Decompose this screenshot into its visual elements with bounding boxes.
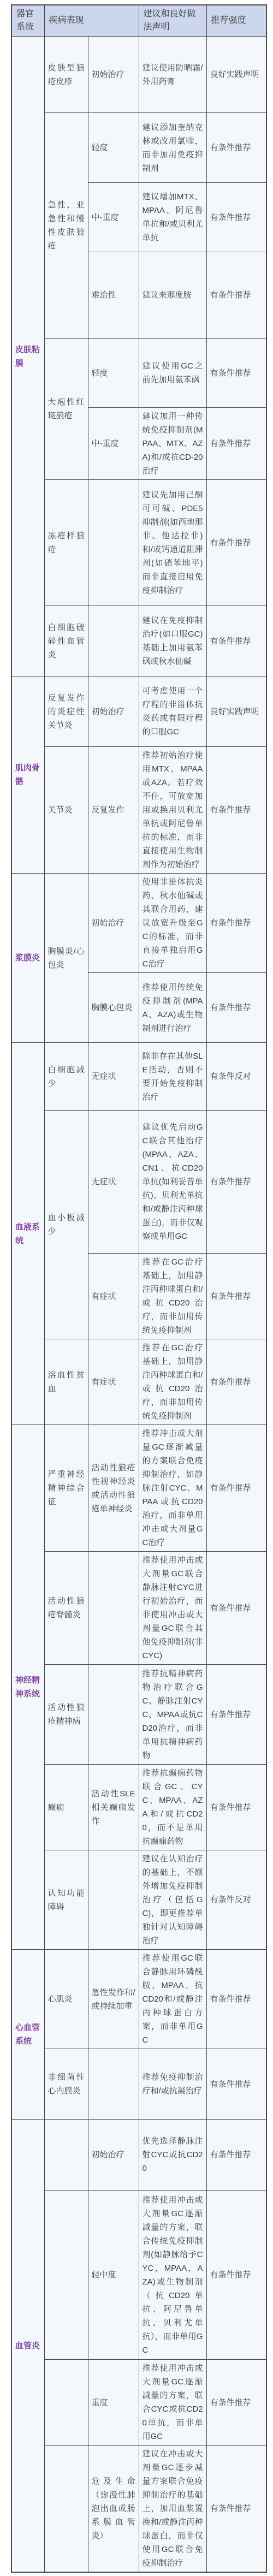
subtype-cell bbox=[88, 480, 139, 606]
disease-cell: 心肌炎 bbox=[44, 1950, 88, 2049]
subtype-cell: 重度 bbox=[88, 2360, 139, 2446]
subtype-cell: 初始治疗 bbox=[88, 37, 139, 113]
disease-cell: 癫痫 bbox=[44, 1765, 88, 1850]
recommendation-cell: 可考虑使用一个疗程的非甾体抗炎药或有限疗程的口服GC bbox=[139, 676, 206, 747]
subtype-cell: 初始治疗 bbox=[88, 2120, 139, 2191]
subtype-cell bbox=[88, 2049, 139, 2120]
disease-cell bbox=[44, 2120, 88, 2191]
disease-cell bbox=[44, 2360, 88, 2446]
recommendation-cell: 推荐使用GC联合静脉用环磷酰胺、MPAA、抗CD20和/或静注丙种球蛋白方案，而… bbox=[139, 1950, 206, 2049]
subtype-cell bbox=[88, 1665, 139, 1765]
disease-cell: 活动性狼疮精神病 bbox=[44, 1665, 88, 1765]
table-header: 器官系统疾病表现建议和良好做法声明推荐强度 bbox=[11, 5, 266, 37]
disease-cell: 皮肤型狼疮皮疹 bbox=[44, 37, 88, 113]
table-row: 肌肉骨骼反复发作的炎症性关节炎初始治疗可考虑使用一个疗程的非甾体抗炎药或有限疗程… bbox=[11, 676, 266, 747]
strength-cell: 良好实践声明 bbox=[206, 37, 266, 113]
subtype-cell: 轻度 bbox=[88, 113, 139, 183]
table-row: 血管炎初始治疗优先选择静脉注射CYC或抗CD20有条件推荐 bbox=[11, 2120, 266, 2191]
table-row: 非细菌性心内膜炎推荐免疫抑制治疗和/或抗凝治疗有条件推荐 bbox=[11, 2049, 266, 2120]
strength-cell: 有条件推荐 bbox=[206, 1339, 266, 1425]
strength-cell: 有条件推荐 bbox=[206, 2120, 266, 2191]
recommendation-cell: 推荐抗癫痫药物联合GC、CYC、MPAA、AZA和/或抗CD20，而不是单用抗癫… bbox=[139, 1765, 206, 1850]
organ-cell: 皮肤粘膜 bbox=[11, 37, 44, 676]
strength-cell: 有条件推荐 bbox=[206, 113, 266, 183]
organ-cell: 神经精神系统 bbox=[11, 1425, 44, 1950]
recommendation-cell: 推荐在GC治疗基础上，加用静注丙种球蛋白和/或抗CD20治疗，而非加用传统免疫抑… bbox=[139, 1339, 206, 1425]
strength-cell: 有条件推荐 bbox=[206, 1111, 266, 1254]
strength-cell: 有条件推荐 bbox=[206, 2360, 266, 2446]
disease-cell: 关节炎 bbox=[44, 747, 88, 874]
column-header: 推荐强度 bbox=[206, 5, 266, 37]
strength-cell: 有条件推荐 bbox=[206, 874, 266, 973]
strength-cell: 有条件推荐 bbox=[206, 408, 266, 480]
disease-cell: 急性、亚急性和慢性皮肤狼疮 bbox=[44, 113, 88, 339]
disease-cell: 严重神经精神综合征 bbox=[44, 1425, 88, 1552]
recommendation-cell: 推荐使用冲击或大剂量GC逐渐减量的方案，联合传统免疫抑制剂(如静脉给予CYC，M… bbox=[139, 2191, 206, 2360]
subtype-cell bbox=[88, 1552, 139, 1665]
strength-cell: 有条件推荐 bbox=[206, 2191, 266, 2360]
strength-cell: 良好实践声明 bbox=[206, 676, 266, 747]
table-row: 认知功能障碍建议在认知治疗的基础上，不额外增加免疫抑制治疗（包括GC)，即更推荐… bbox=[11, 1850, 266, 1950]
disease-cell: 冻疮样狼疮 bbox=[44, 480, 88, 606]
strength-cell: 有条件推荐 bbox=[206, 480, 266, 606]
recommendation-cell: 使用非甾体抗炎药、秋水仙碱或其联合用药，建议放宽升级至GC的标准，而非直接单独启… bbox=[139, 874, 206, 973]
subtype-cell: 无症状 bbox=[88, 1043, 139, 1111]
strength-cell: 有条件推荐 bbox=[206, 1254, 266, 1339]
table-row: 血小板减少无症状建议优先启动GC联合其他治疗(MPAA、AZA、CN1、抗CD2… bbox=[11, 1111, 266, 1254]
organ-cell: 血管炎 bbox=[11, 2120, 44, 2573]
table-row: 轻中度推荐使用冲击或大剂量GC逐渐减量的方案，联合传统免疫抑制剂(如静脉给予CY… bbox=[11, 2191, 266, 2360]
recommendation-cell: 建议增加MTX、MPAA、阿尼鲁单抗和/或贝利尤单抗 bbox=[139, 183, 206, 252]
recommendation-cell: 推荐使用冲击或大剂量GC逐渐减量的方案，联合CYC或抗CD20单抗，而非单用GC bbox=[139, 2360, 206, 2446]
disease-cell: 血小板减少 bbox=[44, 1111, 88, 1339]
table-row: 急性、亚急性和慢性皮肤狼疮轻度建议添加奎纳克林或改用氯喹，而非加用免疫抑制剂有条… bbox=[11, 113, 266, 183]
column-header: 疾病表现 bbox=[44, 5, 139, 37]
disease-cell: 活动性狼疮脊髓炎 bbox=[44, 1552, 88, 1665]
table-row: 活动性狼疮脊髓炎推荐使用冲击或大剂量GC联合静脉注射CYC进行初始治疗，而非使用… bbox=[11, 1552, 266, 1665]
strength-cell: 有条件反对 bbox=[206, 1043, 266, 1111]
recommendation-cell: 建议添加奎纳克林或改用氯喹，而非加用免疫抑制剂 bbox=[139, 113, 206, 183]
recommendation-cell: 推荐使用传统免疫抑制剂(MPAA、AZA)或生物制剂进行治疗 bbox=[139, 973, 206, 1043]
recommendation-cell: 建议使用防晒霜/外用药膏 bbox=[139, 37, 206, 113]
strength-cell: 有条件推荐 bbox=[206, 1950, 266, 2049]
strength-cell: 有条件推荐 bbox=[206, 973, 266, 1043]
subtype-cell: 初始治疗 bbox=[88, 676, 139, 747]
strength-cell: 有条件推荐 bbox=[206, 1765, 266, 1850]
subtype-cell: 难治性 bbox=[88, 252, 139, 339]
recommendation-cell: 建议优先启动GC联合其他治疗(MPAA、AZA、CN1、抗CD20单抗(如利妥昔… bbox=[139, 1111, 206, 1254]
recommendation-cell: 推荐免疫抑制治疗和/或抗凝治疗 bbox=[139, 2049, 206, 2120]
disease-cell: 白细胞破碎性血管炎 bbox=[44, 606, 88, 676]
subtype-cell: 反复发作 bbox=[88, 747, 139, 874]
strength-cell: 有条件反对 bbox=[206, 1850, 266, 1950]
disease-cell: 胸膜炎/心包炎 bbox=[44, 874, 88, 1043]
recommendation-cell: 推荐在GC治疗基础上，加用静注丙种球蛋白和/或抗CD20治疗，而非加用传统免疫抑… bbox=[139, 1254, 206, 1339]
subtype-cell bbox=[88, 1850, 139, 1950]
subtype-cell: 有症状 bbox=[88, 1339, 139, 1425]
subtype-cell: 急性发作和/或持续加重 bbox=[88, 1950, 139, 2049]
disease-cell: 认知功能障碍 bbox=[44, 1850, 88, 1950]
table-row: 血液系统白细胞减少无症状除非存在其他SLE活动，否则不要开始免疫抑制治疗有条件反… bbox=[11, 1043, 266, 1111]
subtype-cell: 活动性SLE相关癫痫发作 bbox=[88, 1765, 139, 1850]
strength-cell: 有条件推荐 bbox=[206, 747, 266, 874]
disease-cell bbox=[44, 2446, 88, 2573]
strength-cell: 有条件推荐 bbox=[206, 183, 266, 252]
recommendation-cell: 推荐冲击或大剂量GC逐渐减量的方案联合免疫抑制治疗，如静脉注射CYC、MPAA或… bbox=[139, 1425, 206, 1552]
strength-cell: 有条件推荐 bbox=[206, 1665, 266, 1765]
organ-cell: 血液系统 bbox=[11, 1043, 44, 1425]
recommendation-cell: 建议使用GC之前先加用氨苯砜 bbox=[139, 339, 206, 408]
table-row: 心血管系统心肌炎急性发作和/或持续加重推荐使用GC联合静脉用环磷酰胺、MPAA、… bbox=[11, 1950, 266, 2049]
subtype-cell: 活动性狼疮性视神经炎或活动性狼疮单神经炎 bbox=[88, 1425, 139, 1552]
disease-cell: 反复发作的炎症性关节炎 bbox=[44, 676, 88, 747]
subtype-cell: 轻中度 bbox=[88, 2191, 139, 2360]
table-row: 重度推荐使用冲击或大剂量GC逐渐减量的方案，联合CYC或抗CD20单抗，而非单用… bbox=[11, 2360, 266, 2446]
recommendation-cell: 除非存在其他SLE活动，否则不要开始免疫抑制治疗 bbox=[139, 1043, 206, 1111]
recommendation-cell: 推荐抗精神病药物治疗联合GC、静脉注射CYC、MPAA或抗CD20治疗，而非单用… bbox=[139, 1665, 206, 1765]
subtype-cell: 中-重度 bbox=[88, 183, 139, 252]
strength-cell: 有条件推荐 bbox=[206, 252, 266, 339]
subtype-cell: 胸膜心包炎 bbox=[88, 973, 139, 1043]
disease-cell: 白细胞减少 bbox=[44, 1043, 88, 1111]
table-row: 溶血性贫血有症状推荐在GC治疗基础上，加用静注丙种球蛋白和/或抗CD20治疗，而… bbox=[11, 1339, 266, 1425]
table-row: 神经精神系统严重神经精神综合征活动性狼疮性视神经炎或活动性狼疮单神经炎推荐冲击或… bbox=[11, 1425, 266, 1552]
organ-cell: 肌肉骨骼 bbox=[11, 676, 44, 874]
subtype-cell: 中-重度 bbox=[88, 408, 139, 480]
table-row: 活动性狼疮精神病推荐抗精神病药物治疗联合GC、静脉注射CYC、MPAA或抗CD2… bbox=[11, 1665, 266, 1765]
organ-cell: 心血管系统 bbox=[11, 1950, 44, 2120]
strength-cell: 有条件推荐 bbox=[206, 2049, 266, 2120]
table-row: 皮肤粘膜皮肤型狼疮皮疹初始治疗建议使用防晒霜/外用药膏良好实践声明 bbox=[11, 37, 266, 113]
header-row: 器官系统疾病表现建议和良好做法声明推荐强度 bbox=[11, 5, 266, 37]
strength-cell: 有条件推荐 bbox=[206, 1552, 266, 1665]
table-row: 白细胞破碎性血管炎建议在免疫抑制治疗(如口服GC)基础上加用氨苯砜或秋水仙碱有条… bbox=[11, 606, 266, 676]
disease-cell bbox=[44, 2191, 88, 2360]
table-row: 关节炎反复发作推荐初始治疗使用MTX、MPAA或AZA。若疗效不佳，可放宽加用或… bbox=[11, 747, 266, 874]
recommendation-cell: 建议在认知治疗的基础上，不额外增加免疫抑制治疗（包括GC)，即更推荐单独针对认知… bbox=[139, 1850, 206, 1950]
page-container: 器官系统疾病表现建议和良好做法声明推荐强度 皮肤粘膜皮肤型狼疮皮疹初始治疗建议使… bbox=[0, 0, 273, 2576]
subtype-cell: 无症状 bbox=[88, 1111, 139, 1254]
recommendation-cell: 优先选择静脉注射CYC或抗CD20 bbox=[139, 2120, 206, 2191]
recommendation-cell: 建议加用一种传统免疫抑制剂(MPAA、MTX、AZA)和/或抗CD-20治疗 bbox=[139, 408, 206, 480]
column-header: 器官系统 bbox=[11, 5, 44, 37]
column-header: 建议和良好做法声明 bbox=[139, 5, 206, 37]
disease-cell: 非细菌性心内膜炎 bbox=[44, 2049, 88, 2120]
table-row: 癫痫活动性SLE相关癫痫发作推荐抗癫痫药物联合GC、CYC、MPAA、AZA和/… bbox=[11, 1765, 266, 1850]
subtype-cell: 有症状 bbox=[88, 1254, 139, 1339]
table-body: 皮肤粘膜皮肤型狼疮皮疹初始治疗建议使用防晒霜/外用药膏良好实践声明急性、亚急性和… bbox=[11, 37, 266, 2573]
strength-cell: 有条件推荐 bbox=[206, 606, 266, 676]
strength-cell: 有条件推荐 bbox=[206, 339, 266, 408]
sle-guideline-table: 器官系统疾病表现建议和良好做法声明推荐强度 皮肤粘膜皮肤型狼疮皮疹初始治疗建议使… bbox=[11, 4, 267, 2573]
recommendation-cell: 建议在免疫抑制治疗(如口服GC)基础上加用氨苯砜或秋水仙碱 bbox=[139, 606, 206, 676]
organ-cell: 浆膜炎 bbox=[11, 874, 44, 1043]
subtype-cell: 轻度 bbox=[88, 339, 139, 408]
recommendation-cell: 建议在冲击或大剂量GC逐步减量方案联合免疫抑制治疗的基础上，加用血浆置换和/或静… bbox=[139, 2446, 206, 2573]
disease-cell: 大疱性红斑狼疮 bbox=[44, 339, 88, 480]
subtype-cell bbox=[88, 606, 139, 676]
recommendation-cell: 推荐使用冲击或大剂量GC联合静脉注射CYC进行初始治疗，而非使用冲击或大剂量GC… bbox=[139, 1552, 206, 1665]
strength-cell: 有条件推荐 bbox=[206, 2446, 266, 2573]
recommendation-cell: 建议来那度胺 bbox=[139, 252, 206, 339]
disease-cell: 溶血性贫血 bbox=[44, 1339, 88, 1425]
table-row: 浆膜炎胸膜炎/心包炎初始治疗使用非甾体抗炎药、秋水仙碱或其联合用药，建议放宽升级… bbox=[11, 874, 266, 973]
table-row: 危及生命（弥漫性肺泡出血或肠系膜血管炎）建议在冲击或大剂量GC逐步减量方案联合免… bbox=[11, 2446, 266, 2573]
table-row: 大疱性红斑狼疮轻度建议使用GC之前先加用氨苯砜有条件推荐 bbox=[11, 339, 266, 408]
recommendation-cell: 推荐初始治疗使用MTX、MPAA或AZA。若疗效不佳，可放宽加用或换用贝利尤单抗… bbox=[139, 747, 206, 874]
subtype-cell: 初始治疗 bbox=[88, 874, 139, 973]
strength-cell: 有条件推荐 bbox=[206, 1425, 266, 1552]
table-row: 冻疮样狼疮建议先加用己酮可可碱、PDE5抑制剂(如西地那非、他达拉非)和/或钙通… bbox=[11, 480, 266, 606]
subtype-cell: 危及生命（弥漫性肺泡出血或肠系膜血管炎） bbox=[88, 2446, 139, 2573]
recommendation-cell: 建议先加用己酮可可碱、PDE5抑制剂(如西地那非、他达拉非)和/或钙通道阻滞剂(… bbox=[139, 480, 206, 606]
